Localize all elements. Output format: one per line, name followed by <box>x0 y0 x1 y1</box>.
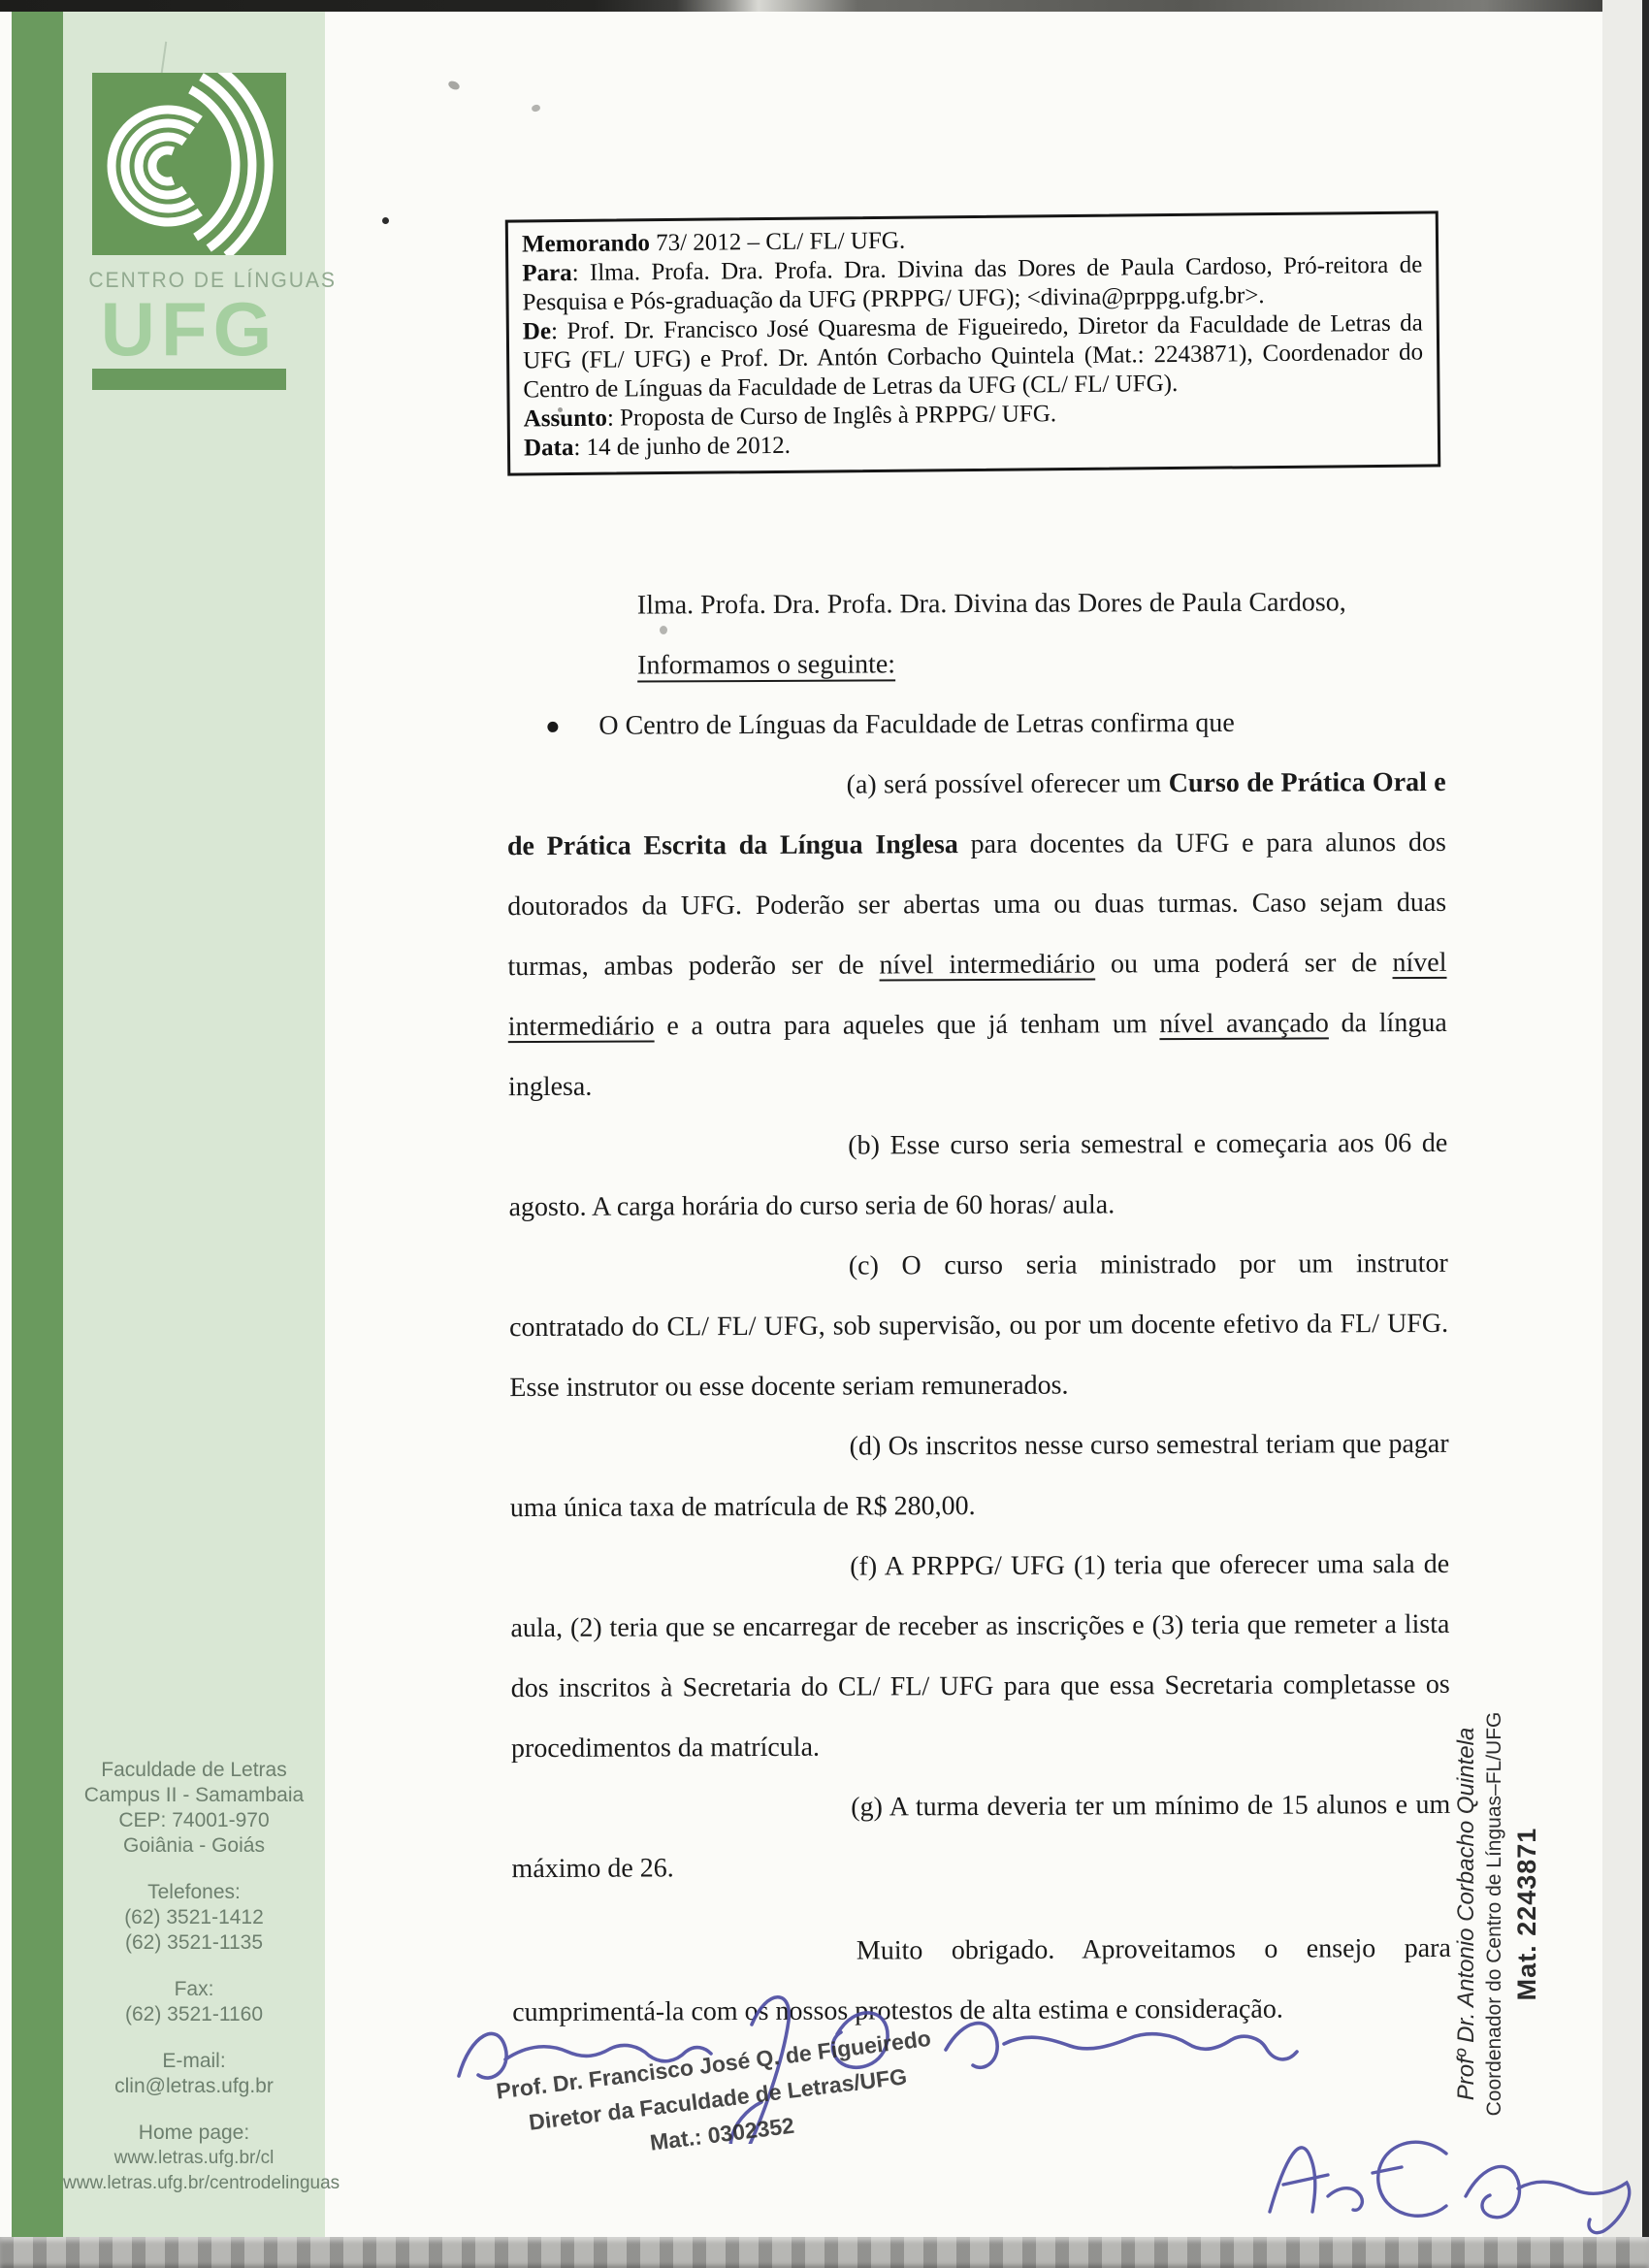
item-segment: (d) Os inscritos nesse curso semestral t… <box>510 1429 1449 1523</box>
bullet-line: O Centro de Línguas da Faculdade de Letr… <box>506 693 1445 757</box>
sidebar-panel: CENTRO DE LÍNGUAS UFG Faculdade de Letra… <box>63 12 325 2268</box>
email-label: E-mail: <box>63 2049 325 2074</box>
letter-body: Ilma. Profa. Dra. Profa. Dra. Divina das… <box>506 572 1452 2043</box>
scan-right-edge <box>1642 0 1649 2268</box>
org-name-ufg: UFG <box>84 285 294 373</box>
memo-row-text: 73/ 2012 – CL/ FL/ UFG. <box>650 228 905 257</box>
homepage-block: Home page: www.letras.ufg.br/clwww.letra… <box>63 2121 325 2196</box>
memo-row-label: Memorando <box>522 230 650 257</box>
item-segment: ou uma poderá ser de <box>1095 948 1392 979</box>
list-item: (a) será possível oferecer um Curso de P… <box>507 753 1448 1118</box>
item-segment: (b) Esse curso seria semestral e começar… <box>508 1128 1447 1222</box>
item-segment: (g) A turma deveria ter um mínimo de 15 … <box>511 1790 1450 1884</box>
bullet-icon <box>547 722 558 732</box>
fax-label: Fax: <box>63 1977 325 2002</box>
memo-header-box: Memorando 73/ 2012 – CL/ FL/ UFG.Para: I… <box>505 211 1440 475</box>
list-item: (c) O curso seria ministrado por um inst… <box>509 1234 1449 1418</box>
fax-block: Fax: (62) 3521-1160 <box>63 1977 325 2027</box>
scan-right-margin <box>1602 0 1642 2268</box>
logo-underline-bar <box>92 369 286 390</box>
item-segment: (a) será possível oferecer um <box>847 768 1169 799</box>
stamp-anton: Profº Dr. Antonio Corbacho QuintelaCoord… <box>1452 1710 1545 2118</box>
memo-row-label: De <box>523 318 551 344</box>
item-segment: (c) O curso seria ministrado por um inst… <box>509 1248 1448 1403</box>
address-block: Faculdade de LetrasCampus II - Samambaia… <box>63 1758 325 1859</box>
scanned-memo-page: CENTRO DE LÍNGUAS UFG Faculdade de Letra… <box>0 0 1649 2268</box>
memo-row-text: : Prof. Dr. Francisco José Quaresma de F… <box>523 310 1423 404</box>
phone-number: (62) 3521-1135 <box>63 1930 325 1956</box>
stamp-line: Coordenador do Centro de Línguas–FL/UFG <box>1481 1710 1508 2118</box>
homepage-url: www.letras.ufg.br/centrodelinguas <box>63 2171 325 2196</box>
memo-row-text: : Ilma. Profa. Dra. Profa. Dra. Divina d… <box>522 252 1422 316</box>
address-line: Campus II - Samambaia <box>63 1783 325 1808</box>
memo-row-para: Para: Ilma. Profa. Dra. Profa. Dra. Divi… <box>522 251 1423 318</box>
scan-speck <box>660 626 667 634</box>
scan-top-edge <box>0 0 1649 12</box>
scan-speck <box>558 407 563 412</box>
stamp-line: Mat. 2243871 <box>1508 1710 1545 2118</box>
scan-bottom-edge <box>0 2237 1649 2268</box>
phone-number: (62) 3521-1412 <box>63 1905 325 1930</box>
address-line: Goiânia - Goiás <box>63 1833 325 1859</box>
memo-row-label: Data <box>524 435 574 461</box>
memo-row-label: Assunto <box>524 405 607 433</box>
scan-speck <box>447 80 461 91</box>
address-line: CEP: 74001-970 <box>63 1808 325 1833</box>
fax-number: (62) 3521-1160 <box>63 2002 325 2027</box>
homepage-url: www.letras.ufg.br/cl <box>63 2146 325 2171</box>
intro-line: Informamos o seguinte: <box>506 632 1445 697</box>
stamp-line: Profº Dr. Antonio Corbacho Quintela <box>1452 1710 1481 2118</box>
homepage-label: Home page: <box>63 2121 325 2146</box>
memo-row-text: : Proposta de Curso de Inglês à PRPPG/ U… <box>607 401 1056 431</box>
list-item: (b) Esse curso seria semestral e começar… <box>508 1114 1448 1238</box>
item-segment: nível intermediário <box>879 949 1095 980</box>
item-segment: (f) A PRPPG/ UFG (1) teria que oferecer … <box>510 1549 1449 1764</box>
list-item: (f) A PRPPG/ UFG (1) teria que oferecer … <box>510 1535 1450 1779</box>
memo-row-label: Para <box>522 260 572 286</box>
item-segment: nível avançado <box>1159 1008 1329 1039</box>
phones-block: Telefones: (62) 3521-1412(62) 3521-1135 <box>63 1880 325 1956</box>
contact-block: Faculdade de LetrasCampus II - Samambaia… <box>63 1758 325 2218</box>
address-line: Faculdade de Letras <box>63 1758 325 1783</box>
signature-anton <box>1256 2115 1649 2246</box>
sidebar-dark-stripe <box>12 12 63 2268</box>
scan-speck <box>531 104 541 113</box>
centro-de-linguas-logo <box>92 73 286 255</box>
scan-speck <box>382 217 389 224</box>
bullet-text: O Centro de Línguas da Faculdade de Letr… <box>598 708 1235 741</box>
list-item: (d) Os inscritos nesse curso semestral t… <box>509 1414 1449 1539</box>
phones-label: Telefones: <box>63 1880 325 1905</box>
item-segment: e a outra para aqueles que já tenham um <box>654 1009 1159 1041</box>
email-block: E-mail: clin@letras.ufg.br <box>63 2049 325 2099</box>
list-item: (g) A turma deveria ter um mínimo de 15 … <box>511 1775 1451 1899</box>
email-address: clin@letras.ufg.br <box>63 2074 325 2099</box>
salutation: Ilma. Profa. Dra. Profa. Dra. Divina das… <box>506 572 1445 636</box>
memo-row-de: De: Prof. Dr. Francisco José Quaresma de… <box>523 309 1424 405</box>
memo-row-text: : 14 de junho de 2012. <box>573 433 791 461</box>
